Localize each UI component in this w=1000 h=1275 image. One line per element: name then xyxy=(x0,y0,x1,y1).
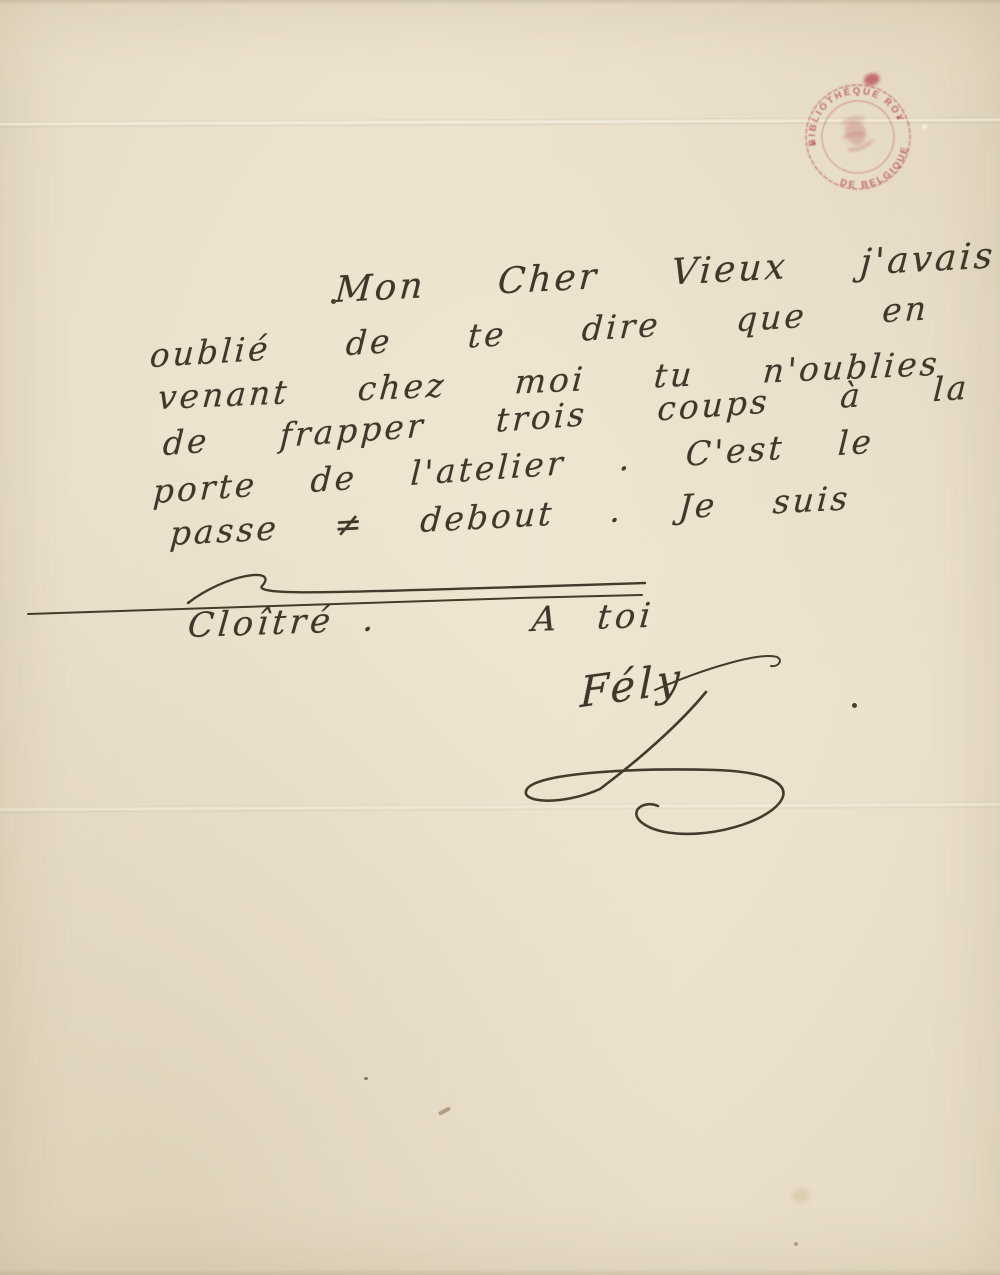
letter-page: BIBLIOTHÈQUE ROYALE DE BELGIQUE Mon Cher… xyxy=(0,0,1000,1275)
paper-speck xyxy=(794,1242,798,1246)
paper-speck xyxy=(364,1077,368,1080)
stamp-center-emblem xyxy=(838,114,874,152)
letter-closing: A toi xyxy=(530,596,656,640)
ink-dot-before-salutation xyxy=(331,299,336,304)
letter-word-cloitre: Cloîtré . xyxy=(186,599,379,646)
ink-dot-after-signature xyxy=(852,703,857,708)
paper-fold-crease-middle xyxy=(0,801,1000,813)
paper-smudge xyxy=(792,1188,810,1203)
signature: Fély xyxy=(580,653,685,717)
paper-pit xyxy=(922,124,927,129)
paper-speck xyxy=(438,1106,451,1116)
library-stamp: BIBLIOTHÈQUE ROYALE DE BELGIQUE xyxy=(777,56,939,218)
stamp-arc-top-text: BIBLIOTHÈQUE ROYALE xyxy=(777,56,907,156)
